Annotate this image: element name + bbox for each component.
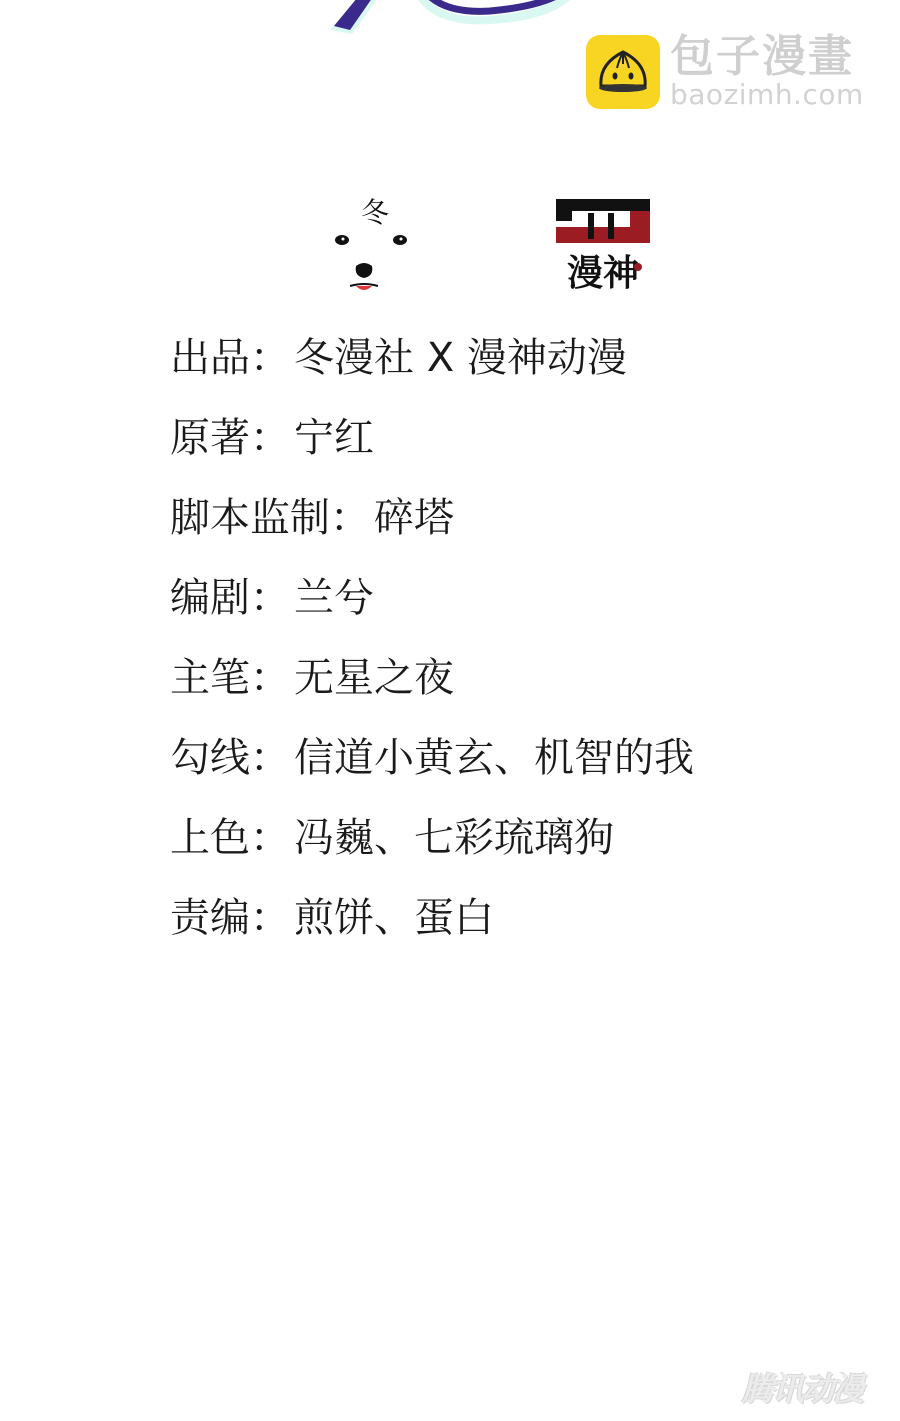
steamed-bun-icon: [586, 35, 660, 109]
watermark-url: baozimh.com: [670, 80, 864, 110]
watermark-title: 包子漫畫: [670, 34, 864, 80]
credit-separator: ：: [250, 810, 294, 890]
credit-row-coloring: 上色 ： 冯巍、七彩琉璃狗: [170, 810, 694, 890]
baozimh-watermark: 包子漫畫 baozimh.com: [586, 34, 864, 110]
credit-separator: ：: [250, 650, 294, 730]
credit-separator: ：: [250, 410, 294, 490]
credits-list: 出品 ： 冬漫社 X 漫神动漫 原著 ： 宁红 脚本监制 ： 碎塔 编剧 ： 兰…: [170, 330, 694, 970]
credit-value: 碎塔: [374, 490, 454, 570]
studio-logos: 冬 漫神: [0, 192, 900, 302]
credit-separator: ：: [250, 890, 294, 970]
title-brush-stroke: [320, 0, 610, 40]
credit-row-screenwriter: 编剧 ： 兰兮: [170, 570, 694, 650]
credit-row-original-author: 原著 ： 宁红: [170, 410, 694, 490]
credit-role: 勾线: [170, 730, 250, 810]
manshen-logo: 漫神: [552, 197, 654, 289]
credit-value: 冯巍、七彩琉璃狗: [294, 810, 614, 890]
credit-value: 信道小黄玄、机智的我: [294, 730, 694, 810]
credit-row-editor: 责编 ： 煎饼、蛋白: [170, 890, 694, 970]
credit-value: 兰兮: [294, 570, 374, 650]
credit-role: 主笔: [170, 650, 250, 730]
tencent-comics-watermark: 腾讯动漫: [742, 1364, 862, 1410]
credit-separator: ：: [330, 490, 374, 570]
credit-role: 原著: [170, 410, 250, 490]
credit-role: 脚本监制: [170, 490, 330, 570]
credit-role: 编剧: [170, 570, 250, 650]
dong-glyph: 冬: [361, 196, 389, 229]
credit-separator: ：: [250, 730, 294, 810]
dongmanshe-logo: 冬: [330, 192, 420, 297]
credit-role: 上色: [170, 810, 250, 890]
credit-separator: ：: [250, 330, 294, 410]
credit-row-script-supervisor: 脚本监制 ： 碎塔: [170, 490, 694, 570]
credit-row-lead-artist: 主笔 ： 无星之夜: [170, 650, 694, 730]
credit-role: 出品: [170, 330, 250, 410]
credit-role: 责编: [170, 890, 250, 970]
credit-value: 无星之夜: [294, 650, 454, 730]
credit-row-producer: 出品 ： 冬漫社 X 漫神动漫: [170, 330, 694, 410]
manshen-text: 漫神: [567, 253, 639, 289]
credit-value: 宁红: [294, 410, 374, 490]
credit-value: 冬漫社 X 漫神动漫: [294, 330, 627, 410]
credit-value: 煎饼、蛋白: [294, 890, 494, 970]
credit-separator: ：: [250, 570, 294, 650]
credit-row-line-art: 勾线 ： 信道小黄玄、机智的我: [170, 730, 694, 810]
